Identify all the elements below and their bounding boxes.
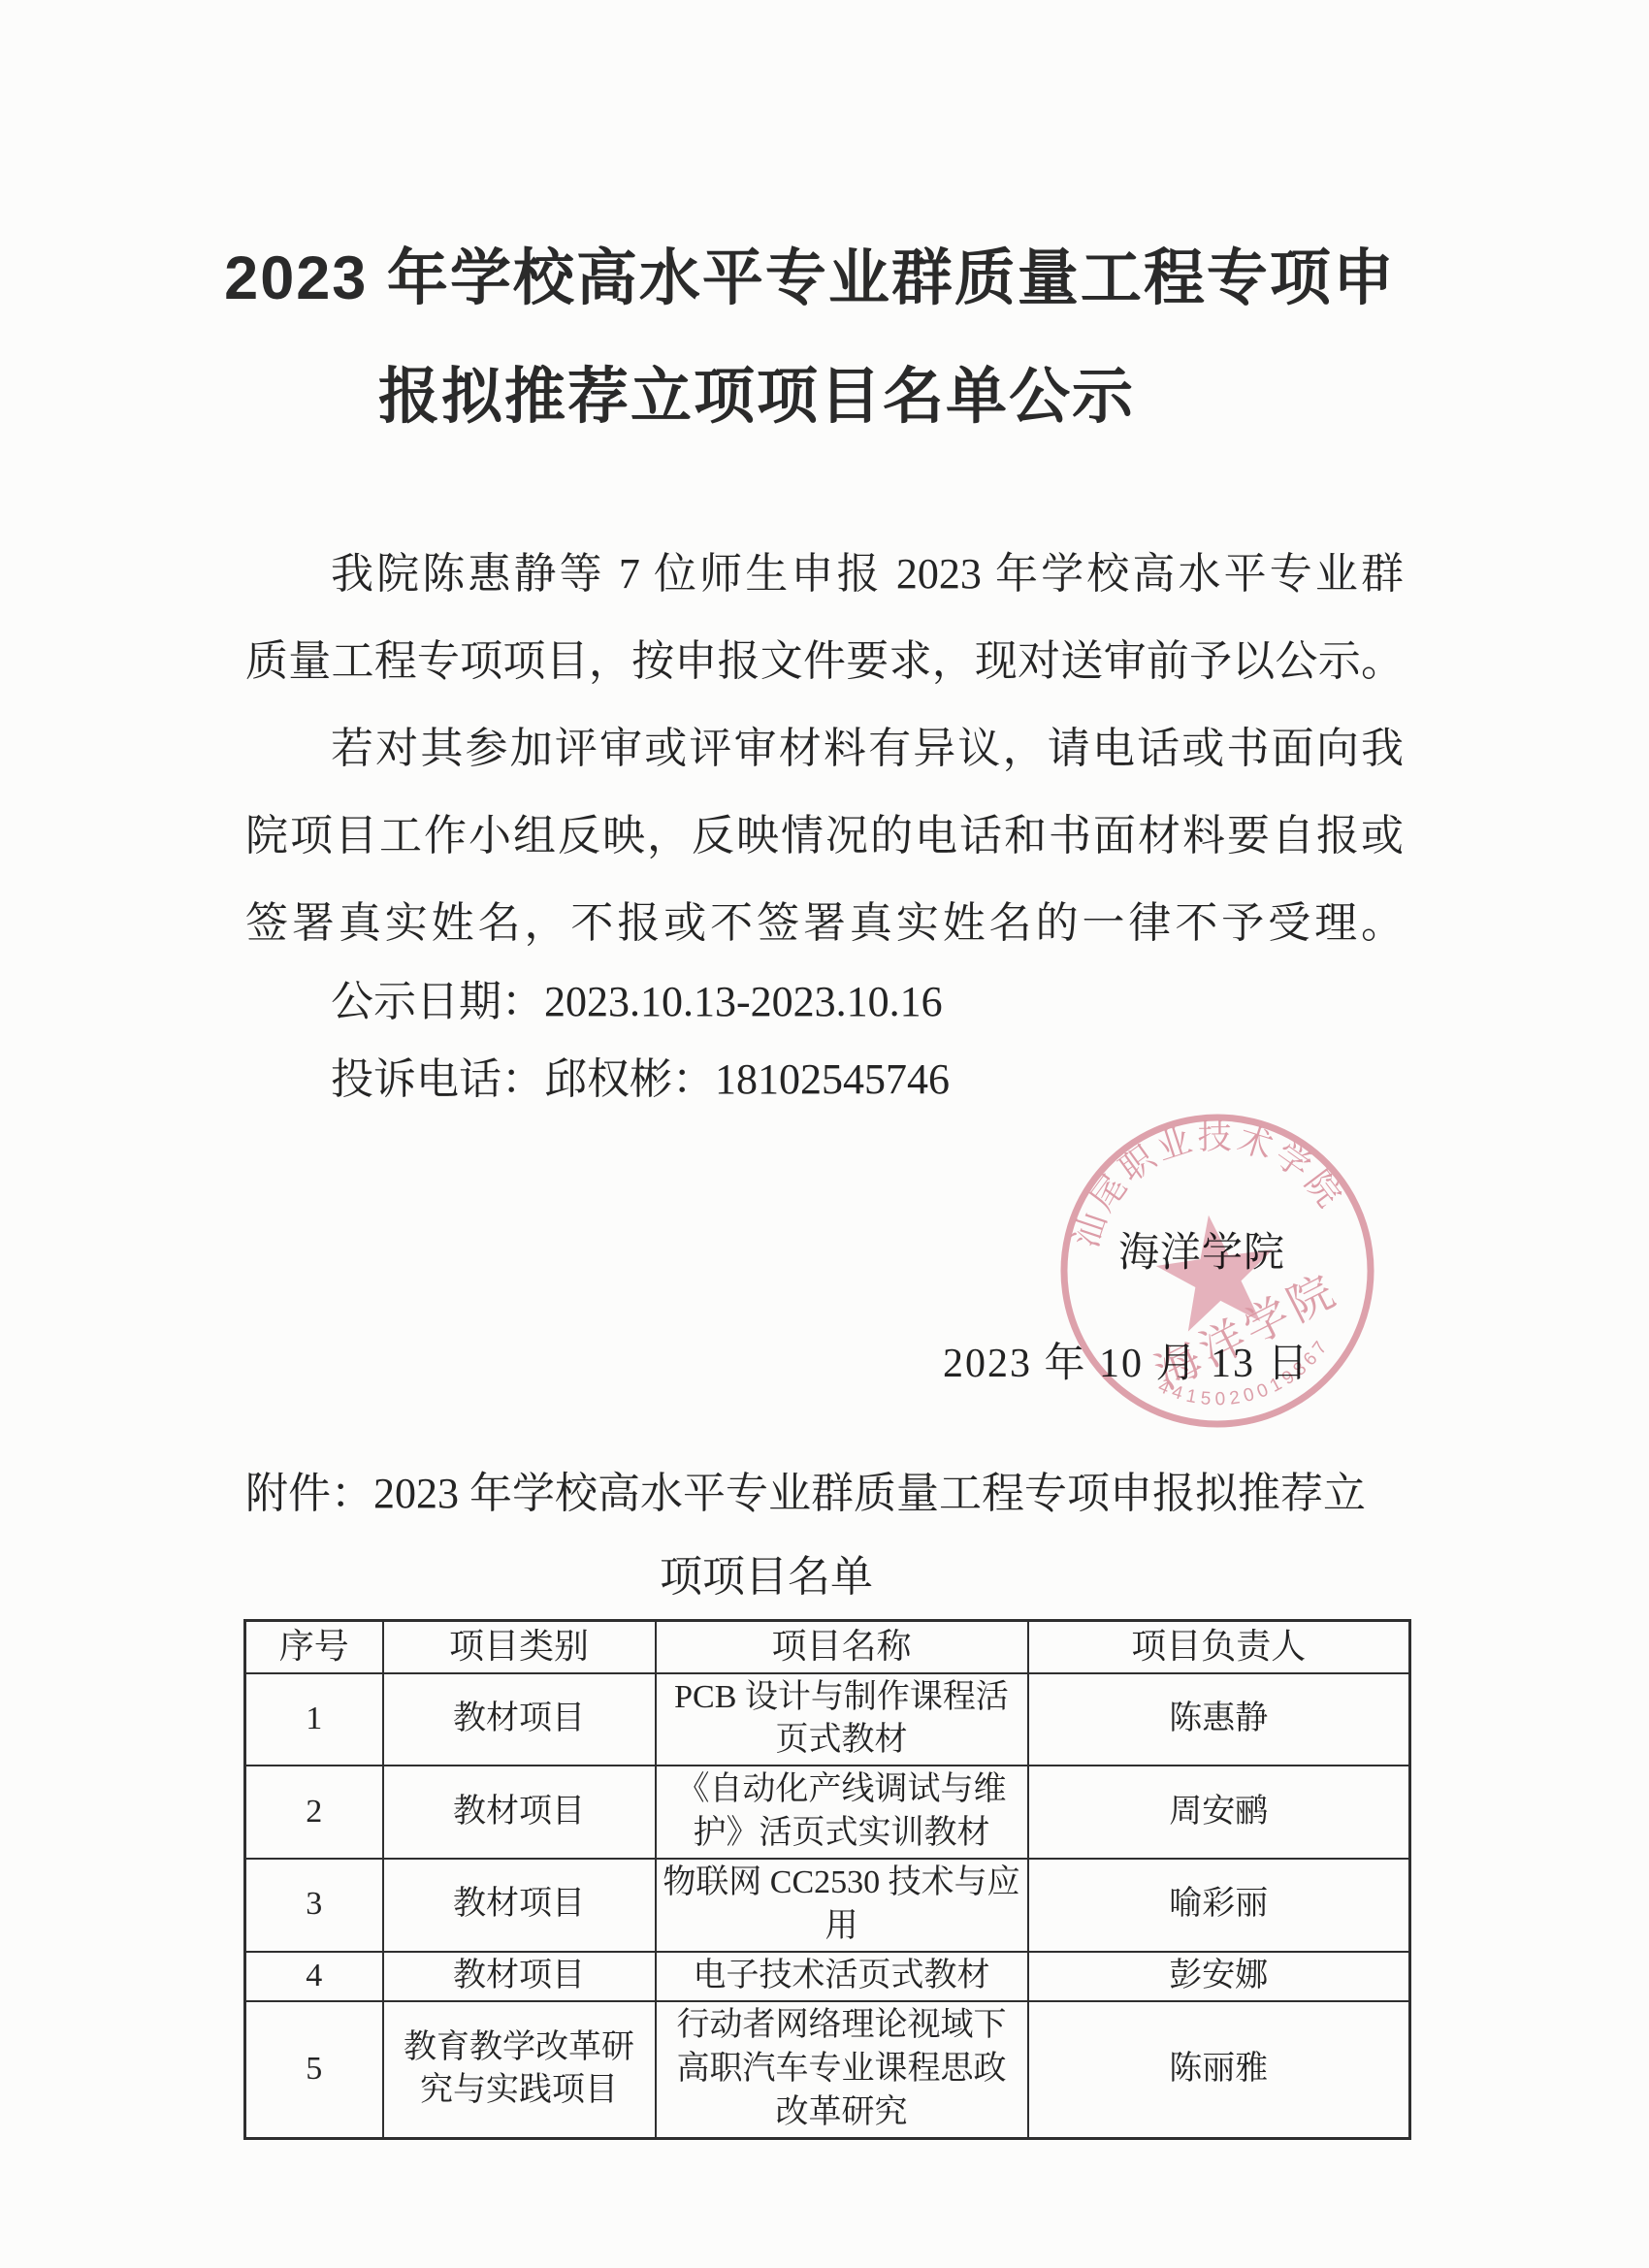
- cell-name: 行动者网络理论视域下高职汽车专业课程思政改革研究: [656, 2001, 1028, 2139]
- cell-name: 物联网 CC2530 技术与应用: [656, 1859, 1028, 1952]
- table-row: 5 教育教学改革研究与实践项目 行动者网络理论视域下高职汽车专业课程思政改革研究…: [245, 2001, 1410, 2139]
- cell-name: 电子技术活页式教材: [656, 1952, 1028, 2001]
- body-line-1: 我院陈惠静等 7 位师生申报 2023 年学校高水平专业群: [245, 531, 1404, 618]
- table-row: 1 教材项目 PCB 设计与制作课程活页式教材 陈惠静: [245, 1673, 1410, 1766]
- cell-name: PCB 设计与制作课程活页式教材: [656, 1673, 1028, 1766]
- project-table: 序号 项目类别 项目名称 项目负责人 1 教材项目 PCB 设计与制作课程活页式…: [243, 1619, 1411, 2140]
- body-line-3: 若对其参加评审或评审材料有异议，请电话或书面向我: [245, 705, 1404, 793]
- seal-ring-text: 汕尾职业技术学院: [1052, 1099, 1353, 1257]
- cell-leader: 彭安娜: [1028, 1952, 1410, 2001]
- doc-title-line-2: 报拟推荐立项项目名单公示: [0, 347, 1581, 436]
- scanned-announcement-page: 2023 年学校高水平专业群质量工程专项申 报拟推荐立项项目名单公示 我院陈惠静…: [0, 0, 1649, 2268]
- table-header-cell-leader: 项目负责人: [1028, 1621, 1410, 1673]
- body-line-2: 质量工程专项项目，按申报文件要求，现对送审前予以公示。: [245, 618, 1404, 705]
- table-header-cell-name: 项目名称: [656, 1621, 1028, 1673]
- table-header-cell-category: 项目类别: [383, 1621, 656, 1673]
- table-header-row: 序号 项目类别 项目名称 项目负责人: [245, 1621, 1410, 1673]
- cell-category: 教育教学改革研究与实践项目: [383, 2001, 656, 2139]
- table-row: 2 教材项目 《自动化产线调试与维护》活页式实训教材 周安鹂: [245, 1766, 1410, 1859]
- cell-category: 教材项目: [383, 1673, 656, 1766]
- cell-no: 1: [245, 1673, 383, 1766]
- svg-text:汕尾职业技术学院: 汕尾职业技术学院: [1052, 1099, 1353, 1257]
- cell-no: 3: [245, 1859, 383, 1952]
- cell-category: 教材项目: [383, 1952, 656, 2001]
- table-header-cell-no: 序号: [245, 1621, 383, 1673]
- official-seal: 汕尾职业技术学院 海洋学院 4415020019867: [1031, 1085, 1404, 1457]
- table-row: 3 教材项目 物联网 CC2530 技术与应用 喻彩丽: [245, 1859, 1410, 1952]
- cell-leader: 周安鹂: [1028, 1766, 1410, 1859]
- body-line-5: 签署真实姓名，不报或不签署真实姓名的一律不予受理。: [245, 880, 1404, 967]
- doc-title-line-1: 2023 年学校高水平专业群质量工程专项申: [0, 229, 1634, 317]
- cell-leader: 喻彩丽: [1028, 1859, 1410, 1952]
- cell-no: 4: [245, 1952, 383, 2001]
- attachment-heading-line-1: 附件：2023 年学校高水平专业群质量工程专项申报拟推荐立: [245, 1450, 1404, 1538]
- cell-category: 教材项目: [383, 1766, 656, 1859]
- cell-leader: 陈惠静: [1028, 1673, 1410, 1766]
- publicity-date-line: 公示日期：2023.10.13-2023.10.16: [245, 958, 1404, 1046]
- attachment-heading-line-2: 项项目名单: [187, 1534, 1345, 1621]
- cell-category: 教材项目: [383, 1859, 656, 1952]
- cell-name: 《自动化产线调试与维护》活页式实训教材: [656, 1766, 1028, 1859]
- cell-leader: 陈丽雅: [1028, 2001, 1410, 2139]
- cell-no: 2: [245, 1766, 383, 1859]
- body-line-4: 院项目工作小组反映，反映情况的电话和书面材料要自报或: [245, 793, 1404, 880]
- seal-center-text: 海洋学院: [1147, 1264, 1345, 1399]
- table-row: 4 教材项目 电子技术活页式教材 彭安娜: [245, 1952, 1410, 2001]
- cell-no: 5: [245, 2001, 383, 2139]
